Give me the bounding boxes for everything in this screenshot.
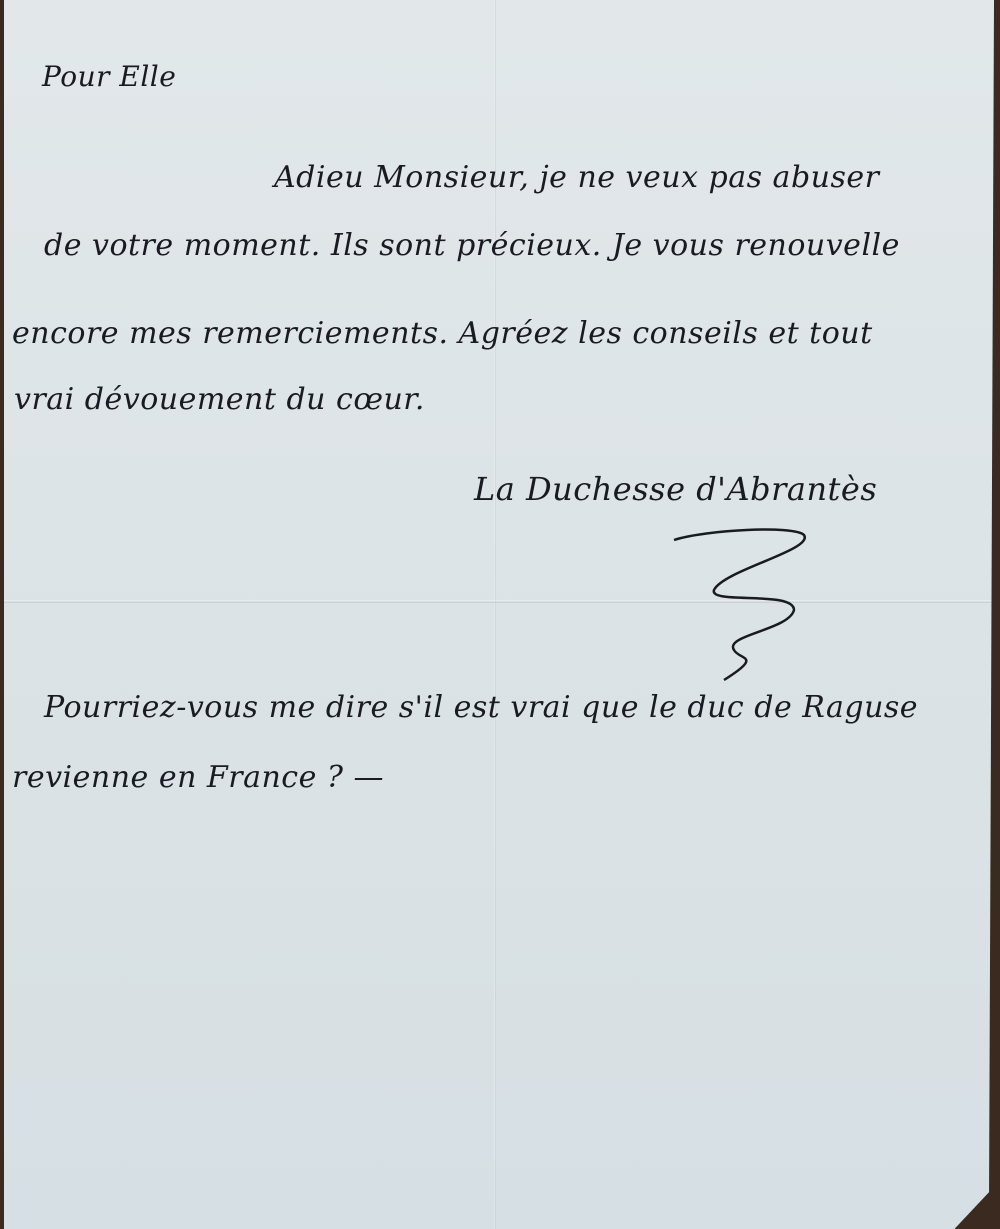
signature: La Duchesse d'Abrantès [474, 470, 877, 508]
body-line-1: Adieu Monsieur, je ne veux pas abuser [274, 160, 879, 195]
postscript-line-2: revienne en France ? — [12, 760, 384, 795]
letter-paper: Pour Elle Adieu Monsieur, je ne veux pas… [4, 0, 994, 1229]
signature-flourish-icon [664, 520, 824, 690]
body-line-4: vrai dévouement du cœur. [14, 382, 425, 417]
salutation: Pour Elle [42, 60, 176, 93]
body-line-2: de votre moment. Ils sont précieux. Je v… [44, 228, 900, 263]
postscript-line-1: Pourriez-vous me dire s'il est vrai que … [44, 690, 918, 725]
body-line-3: encore mes remerciements. Agréez les con… [12, 316, 873, 351]
horizontal-fold-crease [4, 600, 994, 603]
